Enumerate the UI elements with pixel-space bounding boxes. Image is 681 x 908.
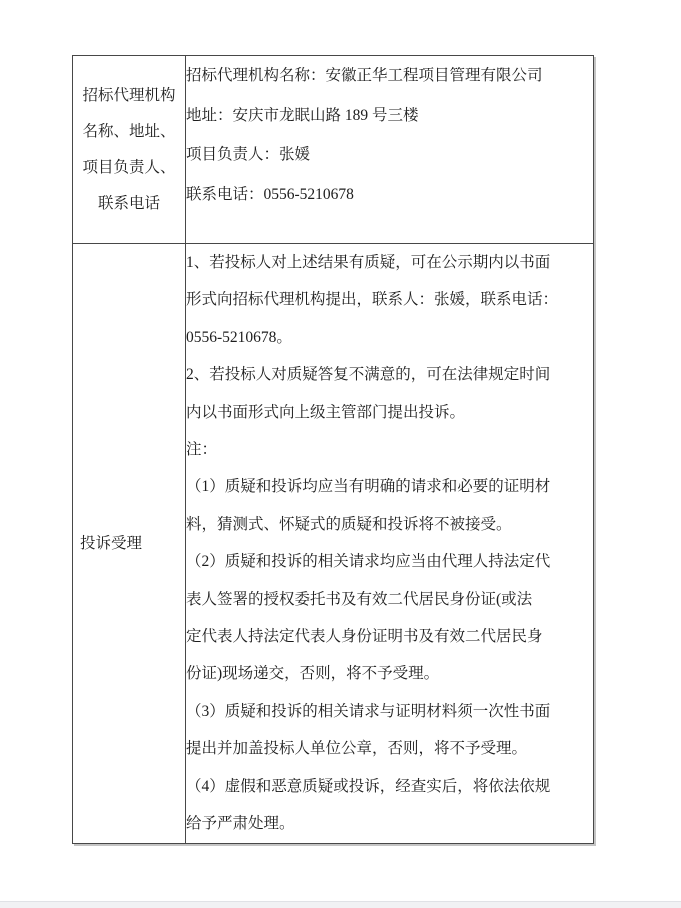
text-line: 内以书面形式向上级主管部门提出投诉。 (186, 394, 593, 431)
complaint-label-cell: 投诉受理 (73, 244, 186, 844)
table-row-complaint: 投诉受理 1、若投标人对上述结果有质疑，可在公示期内以书面形式向招标代理机构提出… (73, 244, 594, 844)
text-line: 投诉受理 (80, 525, 185, 563)
page-bottom-strip (0, 901, 681, 908)
notice-table: 招标代理机构名称、地址、项目负责人、联系电话 招标代理机构名称：安徽正华工程项目… (72, 55, 594, 844)
text-line: 定代表人持法定代表人身份证明书及有效二代居民身 (186, 618, 593, 655)
text-line: 地址：安庆市龙眠山路 189 号三楼 (186, 96, 593, 136)
text-line: （2）质疑和投诉的相关请求均应当由代理人持法定代 (186, 543, 593, 580)
text-line: 注： (186, 431, 593, 468)
text-line: 形式向招标代理机构提出，联系人：张媛，联系电话： (186, 281, 593, 318)
text-line: 表人签署的授权委托书及有效二代居民身份证(或法 (186, 581, 593, 618)
text-line: （1）质疑和投诉均应当有明确的请求和必要的证明材 (186, 468, 593, 505)
text-line: 名称、地址、 (77, 114, 181, 150)
text-line: 1、若投标人对上述结果有质疑，可在公示期内以书面 (186, 244, 593, 281)
text-line: 项目负责人、 (77, 150, 181, 186)
text-line: 份证)现场递交，否则，将不予受理。 (186, 655, 593, 692)
text-line: 料，猜测式、怀疑式的质疑和投诉将不被接受。 (186, 506, 593, 543)
document-page: { "colors": { "page_background": "#fffff… (0, 0, 681, 908)
text-line: 0556-5210678。 (186, 319, 593, 356)
text-line: 给予严肃处理。 (186, 805, 593, 842)
text-line: 招标代理机构名称：安徽正华工程项目管理有限公司 (186, 56, 593, 96)
agency-label-cell: 招标代理机构名称、地址、项目负责人、联系电话 (73, 56, 186, 244)
text-line: 联系电话：0556-5210678 (186, 175, 593, 215)
text-line: （4）虚假和恶意质疑或投诉，经查实后，将依法依规 (186, 768, 593, 805)
text-line: 2、若投标人对质疑答复不满意的，可在法律规定时间 (186, 356, 593, 393)
text-line: 提出并加盖投标人单位公章，否则，将不予受理。 (186, 730, 593, 767)
text-line: 招标代理机构 (77, 78, 181, 114)
text-line: 项目负责人：张媛 (186, 135, 593, 175)
text-line: 联系电话 (77, 186, 181, 222)
text-line: （3）质疑和投诉的相关请求与证明材料须一次性书面 (186, 693, 593, 730)
table-row-agency: 招标代理机构名称、地址、项目负责人、联系电话 招标代理机构名称：安徽正华工程项目… (73, 56, 594, 244)
agency-content-cell: 招标代理机构名称：安徽正华工程项目管理有限公司地址：安庆市龙眠山路 189 号三… (186, 56, 594, 244)
complaint-content-cell: 1、若投标人对上述结果有质疑，可在公示期内以书面形式向招标代理机构提出，联系人：… (186, 244, 594, 844)
